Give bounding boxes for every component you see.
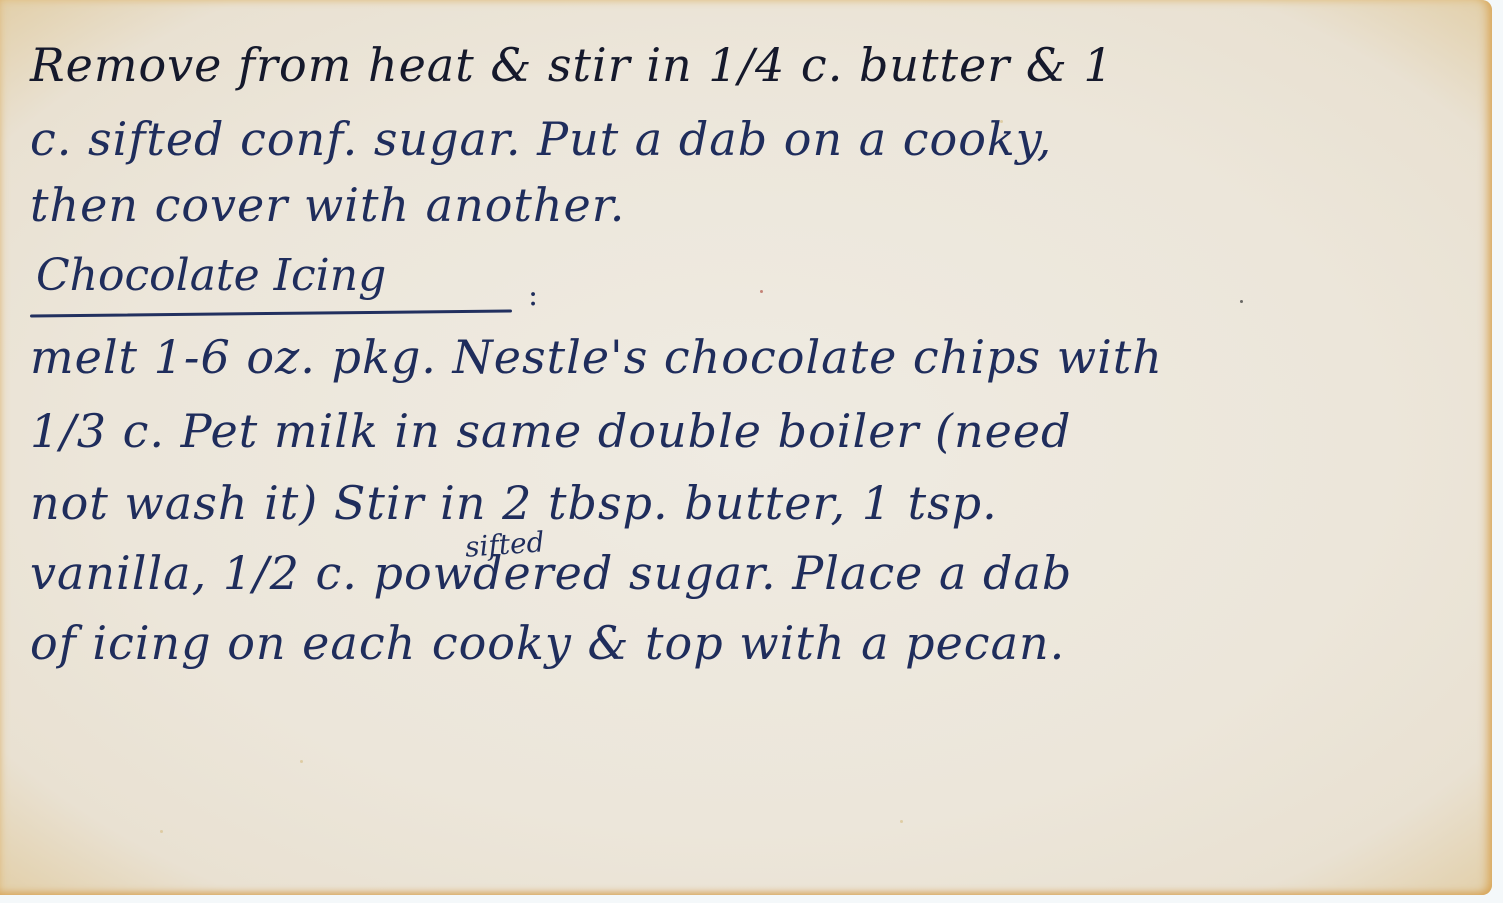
icing-line-5: of icing on each cooky & top with a peca… [30,616,1065,670]
heading-underline [30,309,512,317]
recipe-card: Remove from heat & stir in 1/4 c. butter… [0,0,1492,895]
icing-line-3: not wash it) Stir in 2 tbsp. butter, 1 t… [30,476,998,530]
icing-line-2: 1/3 c. Pet milk in same double boiler (n… [30,404,1072,458]
icing-line-4: vanilla, 1/2 c. powdered sugar. Place a … [30,546,1072,600]
recipe-line-1: Remove from heat & stir in 1/4 c. butter… [30,38,1114,92]
paper-speck [300,760,303,763]
icing-line-1: melt 1-6 oz. pkg. Nestle's chocolate chi… [30,330,1163,384]
paper-speck [760,290,763,293]
recipe-line-2: c. sifted conf. sugar. Put a dab on a co… [30,112,1052,166]
recipe-line-3: then cover with another. [30,178,625,232]
paper-speck [900,820,903,823]
paper-speck [1240,300,1243,303]
section-heading: Chocolate Icing [36,250,386,301]
heading-colon: : [528,278,538,313]
paper-speck [160,830,163,833]
